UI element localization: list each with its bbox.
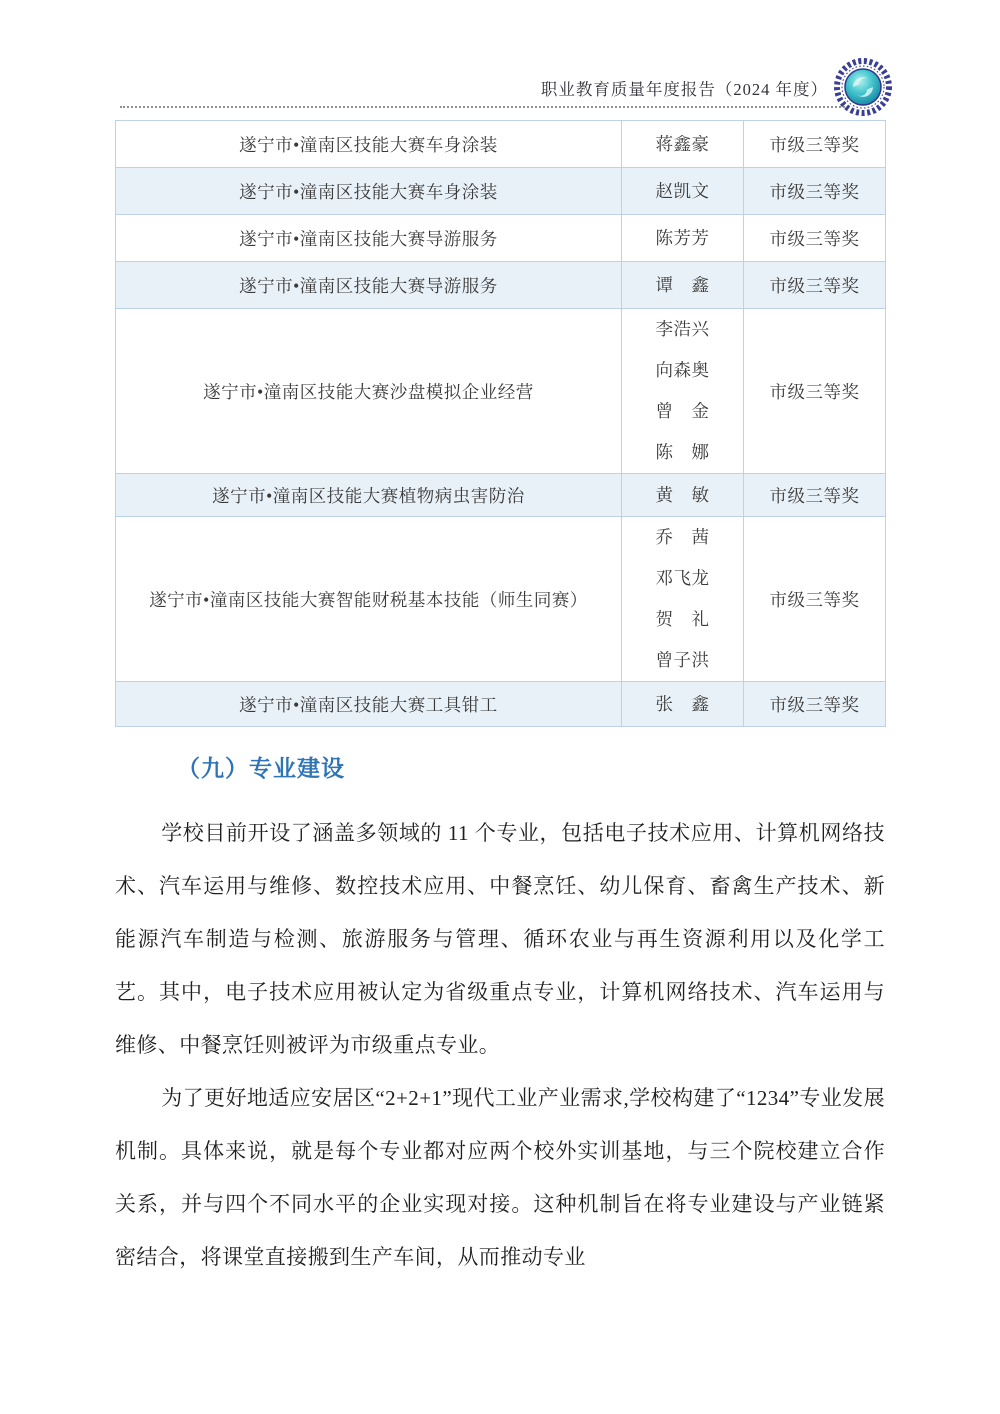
participants-cell: 陈芳芳 bbox=[622, 215, 744, 262]
award-cell: 市级三等奖 bbox=[744, 682, 886, 727]
paragraph-majors-overview: 学校目前开设了涵盖多领域的 11 个专业，包括电子技术应用、计算机网络技术、汽车… bbox=[115, 807, 885, 1072]
participants-cell: 乔 茜 邓飞龙 贺 礼 曾子洪 bbox=[622, 517, 744, 682]
participants-cell: 赵凯文 bbox=[622, 168, 744, 215]
awards-table: 遂宁市•潼南区技能大赛车身涂装 蒋鑫豪 市级三等奖 遂宁市•潼南区技能大赛车身涂… bbox=[115, 120, 886, 727]
table-row: 遂宁市•潼南区技能大赛工具钳工 张 鑫 市级三等奖 bbox=[116, 682, 886, 727]
participants-cell: 蒋鑫豪 bbox=[622, 121, 744, 168]
table-row: 遂宁市•潼南区技能大赛车身涂装 蒋鑫豪 市级三等奖 bbox=[116, 121, 886, 168]
section-heading: （九）专业建设 bbox=[177, 750, 885, 783]
competition-cell: 遂宁市•潼南区技能大赛工具钳工 bbox=[116, 682, 622, 727]
table-row: 遂宁市•潼南区技能大赛导游服务 谭 鑫 市级三等奖 bbox=[116, 262, 886, 309]
award-cell: 市级三等奖 bbox=[744, 168, 886, 215]
participants-cell: 谭 鑫 bbox=[622, 262, 744, 309]
competition-cell: 遂宁市•潼南区技能大赛沙盘模拟企业经营 bbox=[116, 309, 622, 474]
table-row: 遂宁市•潼南区技能大赛沙盘模拟企业经营 李浩兴 向森奥 曾 金 陈 娜 市级三等… bbox=[116, 309, 886, 474]
paragraph-development-mechanism: 为了更好地适应安居区“2+2+1”现代工业产业需求,学校构建了“1234”专业发… bbox=[115, 1072, 885, 1284]
award-cell: 市级三等奖 bbox=[744, 262, 886, 309]
competition-cell: 遂宁市•潼南区技能大赛车身涂装 bbox=[116, 121, 622, 168]
table-row: 遂宁市•潼南区技能大赛导游服务 陈芳芳 市级三等奖 bbox=[116, 215, 886, 262]
participants-cell: 黄 敏 bbox=[622, 474, 744, 517]
page-header: 职业教育质量年度报告（2024 年度） bbox=[0, 0, 1000, 120]
competition-cell: 遂宁市•潼南区技能大赛植物病虫害防治 bbox=[116, 474, 622, 517]
page-header-title: 职业教育质量年度报告（2024 年度） bbox=[541, 76, 828, 100]
award-cell: 市级三等奖 bbox=[744, 215, 886, 262]
award-cell: 市级三等奖 bbox=[744, 121, 886, 168]
competition-cell: 遂宁市•潼南区技能大赛导游服务 bbox=[116, 262, 622, 309]
award-cell: 市级三等奖 bbox=[744, 474, 886, 517]
competition-cell: 遂宁市•潼南区技能大赛智能财税基本技能（师生同赛） bbox=[116, 517, 622, 682]
header-divider bbox=[120, 106, 880, 108]
competition-cell: 遂宁市•潼南区技能大赛车身涂装 bbox=[116, 168, 622, 215]
participants-cell: 李浩兴 向森奥 曾 金 陈 娜 bbox=[622, 309, 744, 474]
table-row: 遂宁市•潼南区技能大赛植物病虫害防治 黄 敏 市级三等奖 bbox=[116, 474, 886, 517]
participants-cell: 张 鑫 bbox=[622, 682, 744, 727]
school-seal-icon bbox=[832, 56, 894, 118]
section-content: （九）专业建设 学校目前开设了涵盖多领域的 11 个专业，包括电子技术应用、计算… bbox=[115, 750, 885, 1284]
table-row: 遂宁市•潼南区技能大赛车身涂装 赵凯文 市级三等奖 bbox=[116, 168, 886, 215]
award-cell: 市级三等奖 bbox=[744, 309, 886, 474]
competition-cell: 遂宁市•潼南区技能大赛导游服务 bbox=[116, 215, 622, 262]
award-cell: 市级三等奖 bbox=[744, 517, 886, 682]
table-row: 遂宁市•潼南区技能大赛智能财税基本技能（师生同赛） 乔 茜 邓飞龙 贺 礼 曾子… bbox=[116, 517, 886, 682]
